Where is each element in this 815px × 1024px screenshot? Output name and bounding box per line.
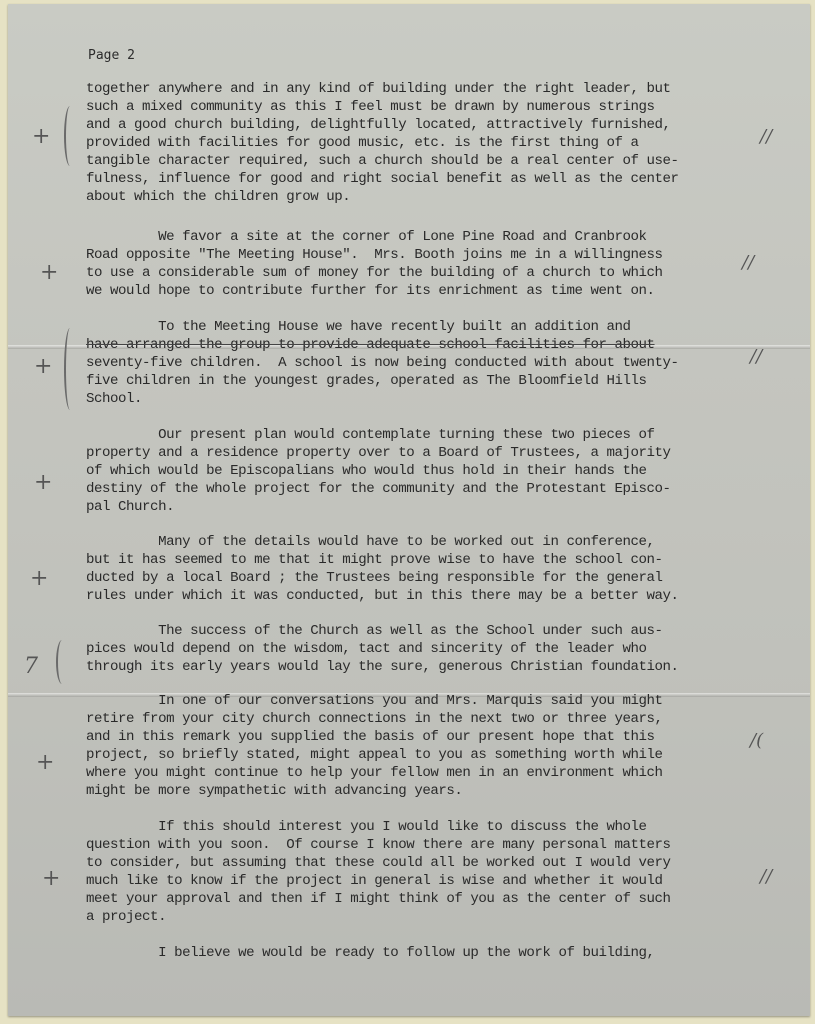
text-line: We favor a site at the corner of Lone Pi…: [86, 228, 746, 246]
text-line: such a mixed community as this I feel mu…: [86, 98, 746, 116]
text-line: to use a considerable sum of money for t…: [86, 264, 746, 282]
text-line: To the Meeting House we have recently bu…: [86, 318, 746, 336]
text-line: ducted by a local Board ; the Trustees b…: [86, 569, 746, 587]
text-line: of which would be Episcopalians who woul…: [86, 462, 746, 480]
paragraph-p6: The success of the Church as well as the…: [86, 622, 746, 676]
paragraph-p9: I believe we would be ready to follow up…: [86, 944, 746, 962]
handwritten-mark-left: +: [40, 260, 58, 285]
text-line: five children in the youngest grades, op…: [86, 372, 746, 390]
margin-bracket: [64, 106, 76, 166]
text-line: provided with facilities for good music,…: [86, 134, 746, 152]
handwritten-mark-right: //: [760, 126, 772, 147]
text-line: Road opposite "The Meeting House". Mrs. …: [86, 246, 746, 264]
handwritten-mark-left: +: [34, 470, 52, 495]
text-line: through its early years would lay the su…: [86, 658, 746, 676]
paragraph-p1: together anywhere and in any kind of bui…: [86, 80, 746, 206]
text-line: rules under which it was conducted, but …: [86, 587, 746, 605]
text-line: retire from your city church connections…: [86, 710, 746, 728]
handwritten-mark-left: +: [32, 124, 50, 149]
handwritten-mark-left: 7: [24, 654, 38, 679]
text-line: Our present plan would contemplate turni…: [86, 426, 746, 444]
text-line: a project.: [86, 908, 746, 926]
text-line: might be more sympathetic with advancing…: [86, 782, 746, 800]
text-line: much like to know if the project in gene…: [86, 872, 746, 890]
text-line: pices would depend on the wisdom, tact a…: [86, 640, 746, 658]
handwritten-mark-left: +: [36, 750, 54, 775]
text-line: but it has seemed to me that it might pr…: [86, 551, 746, 569]
text-line: tangible character required, such a chur…: [86, 152, 746, 170]
handwritten-mark-right: //: [750, 346, 762, 367]
text-line: If this should interest you I would like…: [86, 818, 746, 836]
text-line: project, so briefly stated, might appeal…: [86, 746, 746, 764]
handwritten-mark-right: /(: [750, 730, 763, 751]
paragraph-p5: Many of the details would have to be wor…: [86, 533, 746, 605]
text-line: we would hope to contribute further for …: [86, 282, 746, 300]
text-line: School.: [86, 390, 746, 408]
text-line: I believe we would be ready to follow up…: [86, 944, 746, 962]
paragraph-p7: In one of our conversations you and Mrs.…: [86, 692, 746, 800]
text-line: to consider, but assuming that these cou…: [86, 854, 746, 872]
text-line: fulness, influence for good and right so…: [86, 170, 746, 188]
paragraph-p3: To the Meeting House we have recently bu…: [86, 318, 746, 408]
text-line: seventy-five children. A school is now b…: [86, 354, 746, 372]
text-line: pal Church.: [86, 498, 746, 516]
text-line: Many of the details would have to be wor…: [86, 533, 746, 551]
paragraph-p2: We favor a site at the corner of Lone Pi…: [86, 228, 746, 300]
text-line: have arranged the group to provide adequ…: [86, 336, 746, 354]
text-line: together anywhere and in any kind of bui…: [86, 80, 746, 98]
handwritten-mark-left: +: [30, 566, 48, 591]
paragraph-p4: Our present plan would contemplate turni…: [86, 426, 746, 516]
text-line: and in this remark you supplied the basi…: [86, 728, 746, 746]
text-line: about which the children grow up.: [86, 188, 746, 206]
text-line: The success of the Church as well as the…: [86, 622, 746, 640]
text-line: destiny of the whole project for the com…: [86, 480, 746, 498]
handwritten-mark-right: //: [760, 866, 772, 887]
text-line: property and a residence property over t…: [86, 444, 746, 462]
margin-bracket: [64, 328, 76, 410]
text-line: In one of our conversations you and Mrs.…: [86, 692, 746, 710]
handwritten-mark-right: //: [742, 252, 754, 273]
margin-bracket: [56, 640, 68, 684]
text-line: question with you soon. Of course I know…: [86, 836, 746, 854]
paragraph-p8: If this should interest you I would like…: [86, 818, 746, 926]
text-line: where you might continue to help your fe…: [86, 764, 746, 782]
text-line: and a good church building, delightfully…: [86, 116, 746, 134]
page-number-label: Page 2: [88, 48, 135, 63]
handwritten-mark-left: +: [42, 866, 60, 891]
text-line: meet your approval and then if I might t…: [86, 890, 746, 908]
handwritten-mark-left: +: [34, 354, 52, 379]
